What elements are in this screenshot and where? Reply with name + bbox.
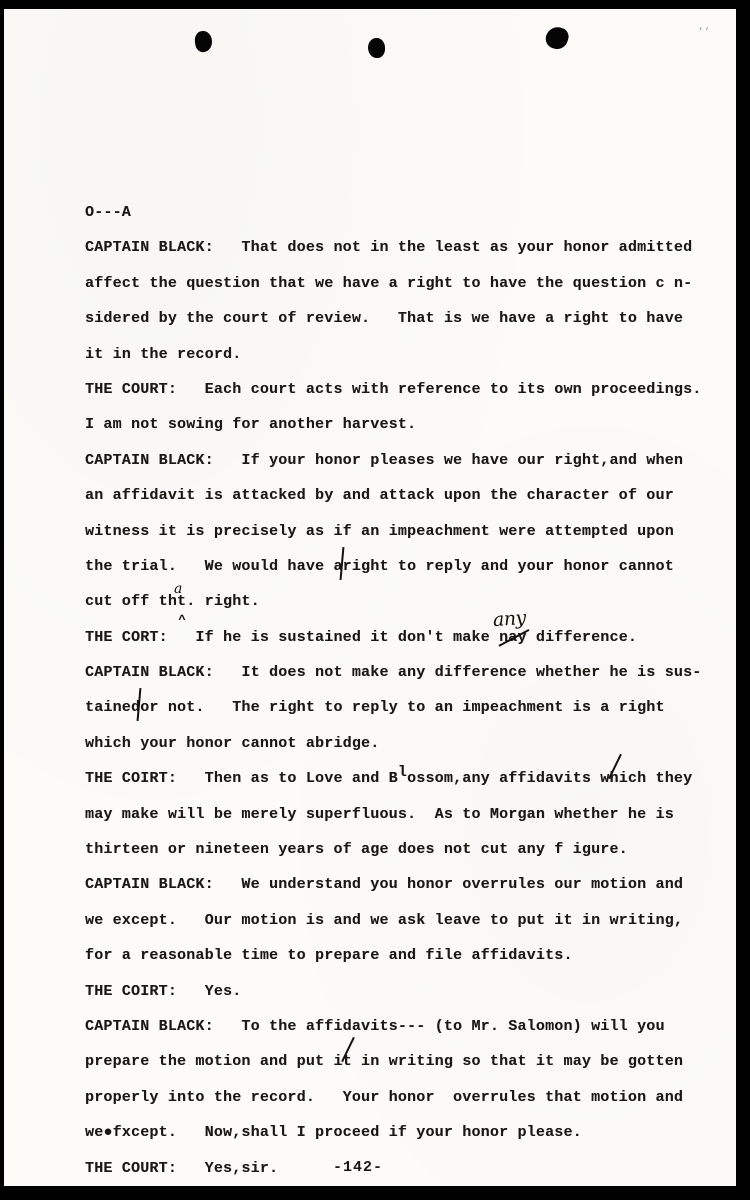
transcript-line: THE CORT: If he is sustained it don't ma…	[85, 620, 725, 655]
transcript: O---ACAPTAIN BLACK: That does not in the…	[85, 195, 725, 1186]
transcript-line: for a reasonable time to prepare and fil…	[85, 938, 725, 973]
punch-hole-icon	[194, 30, 213, 53]
transcript-line: THE COIRT: Yes.	[85, 974, 725, 1009]
typed-text: ossom,any affidavits w	[407, 770, 609, 787]
transcript-line: O---A	[85, 195, 725, 230]
typed-text: prepare the motion and put i	[85, 1053, 343, 1070]
transcript-line: sidered by the court of review. That is …	[85, 301, 725, 336]
transcript-line: thirteen or nineteen years of age does n…	[85, 832, 725, 867]
typed-text: I am not sowing for another harvest.	[85, 416, 416, 433]
typed-text: affect the question that we have a right…	[85, 275, 692, 292]
transcript-line: may make will be merely superfluous. As …	[85, 797, 725, 832]
transcript-line: an affidavit is attacked by and attack u…	[85, 478, 725, 513]
typed-text: the trial. We would have a	[85, 558, 343, 575]
transcript-line: tainedor not. The right to reply to an i…	[85, 690, 725, 725]
typed-text: cut off th	[85, 593, 177, 610]
scan-speck: ’’	[698, 27, 711, 37]
typed-text: or not. The right to reply to an impeach…	[140, 699, 664, 716]
transcript-line: CAPTAIN BLACK: To the affidavits--- (to …	[85, 1009, 725, 1044]
transcript-line: CAPTAIN BLACK: We understand you honor o…	[85, 867, 725, 902]
typed-text: it in the record.	[85, 346, 241, 363]
typed-text: we except. Our motion is and we ask leav…	[85, 912, 683, 929]
transcript-line: THE COIRT: Then as to Love and Blossom,a…	[85, 761, 725, 796]
typed-text: O---A	[85, 204, 131, 221]
typed-text: which your honor cannot abridge.	[85, 735, 379, 752]
transcript-line: THE COURT: Yes,sir.	[85, 1151, 725, 1186]
raised-char: l	[398, 755, 407, 790]
transcript-line: properly into the record. Your honor ove…	[85, 1080, 725, 1115]
typed-text: tained	[85, 699, 140, 716]
transcript-line: witness it is precisely as if an impeach…	[85, 514, 725, 549]
typed-text: difference.	[527, 629, 637, 646]
transcript-line: CAPTAIN BLACK: It does not make any diff…	[85, 655, 725, 690]
pen-slash-mark: h	[610, 761, 619, 796]
transcript-line: we●fxcept. Now,shall I proceed if your h…	[85, 1115, 725, 1150]
page-number: -142-	[333, 1159, 383, 1176]
typed-text: CAPTAIN BLACK: If your honor pleases we …	[85, 452, 683, 469]
punch-hole-icon	[368, 38, 385, 58]
typed-text: we●fxcept. Now,shall I proceed if your h…	[85, 1124, 582, 1141]
typed-text: THE COURT: Each court acts with referenc…	[85, 381, 702, 398]
typed-text: for a reasonable time to prepare and fil…	[85, 947, 573, 964]
transcript-line: we except. Our motion is and we ask leav…	[85, 903, 725, 938]
typed-text: right.	[195, 593, 259, 610]
typed-text: CAPTAIN BLACK: That does not in the leas…	[85, 239, 692, 256]
typed-text: THE COIRT: Yes.	[85, 983, 241, 1000]
paper: ’’ O---ACAPTAIN BLACK: That does not in …	[4, 9, 736, 1186]
typed-text: sidered by the court of review. That is …	[85, 310, 683, 327]
transcript-line: the trial. We would have aright to reply…	[85, 549, 725, 584]
typed-text: THE COURT: Yes,sir.	[85, 1160, 278, 1177]
typed-text: CAPTAIN BLACK: It does not make any diff…	[85, 664, 702, 681]
typed-text: THE COIRT: Then as to Love and B	[85, 770, 398, 787]
typed-text: CAPTAIN BLACK: To the affidavits--- (to …	[85, 1018, 665, 1035]
typed-text: an affidavit is attacked by and attack u…	[85, 487, 674, 504]
typed-text: CAPTAIN BLACK: We understand you honor o…	[85, 876, 683, 893]
transcript-line: cut off that.^ right.	[85, 584, 725, 619]
pen-slash-mark: t	[343, 1044, 352, 1079]
transcript-line: it in the record.	[85, 337, 725, 372]
typed-text: THE CORT: If he is sustained it don't ma…	[85, 629, 499, 646]
typed-text: right to reply and your honor cannot	[343, 558, 674, 575]
typed-text: in writing so that it may be gotten	[352, 1053, 683, 1070]
punch-hole-icon	[543, 24, 571, 52]
transcript-line: I am not sowing for another harvest.	[85, 407, 725, 442]
typed-text: ich they	[619, 770, 693, 787]
typed-text: properly into the record. Your honor ove…	[85, 1089, 683, 1106]
scanned-transcript-page: { "scan": { "paper_color": "#fcfbf8", "i…	[0, 0, 750, 1200]
transcript-line: prepare the motion and put it in writing…	[85, 1044, 725, 1079]
transcript-line: CAPTAIN BLACK: That does not in the leas…	[85, 230, 725, 265]
transcript-line: affect the question that we have a right…	[85, 266, 725, 301]
typed-text: may make will be merely superfluous. As …	[85, 806, 674, 823]
typed-text: witness it is precisely as if an impeach…	[85, 523, 674, 540]
transcript-line: CAPTAIN BLACK: If your honor pleases we …	[85, 443, 725, 478]
typed-text: thirteen or nineteen years of age does n…	[85, 841, 628, 858]
transcript-line: THE COURT: Each court acts with referenc…	[85, 372, 725, 407]
